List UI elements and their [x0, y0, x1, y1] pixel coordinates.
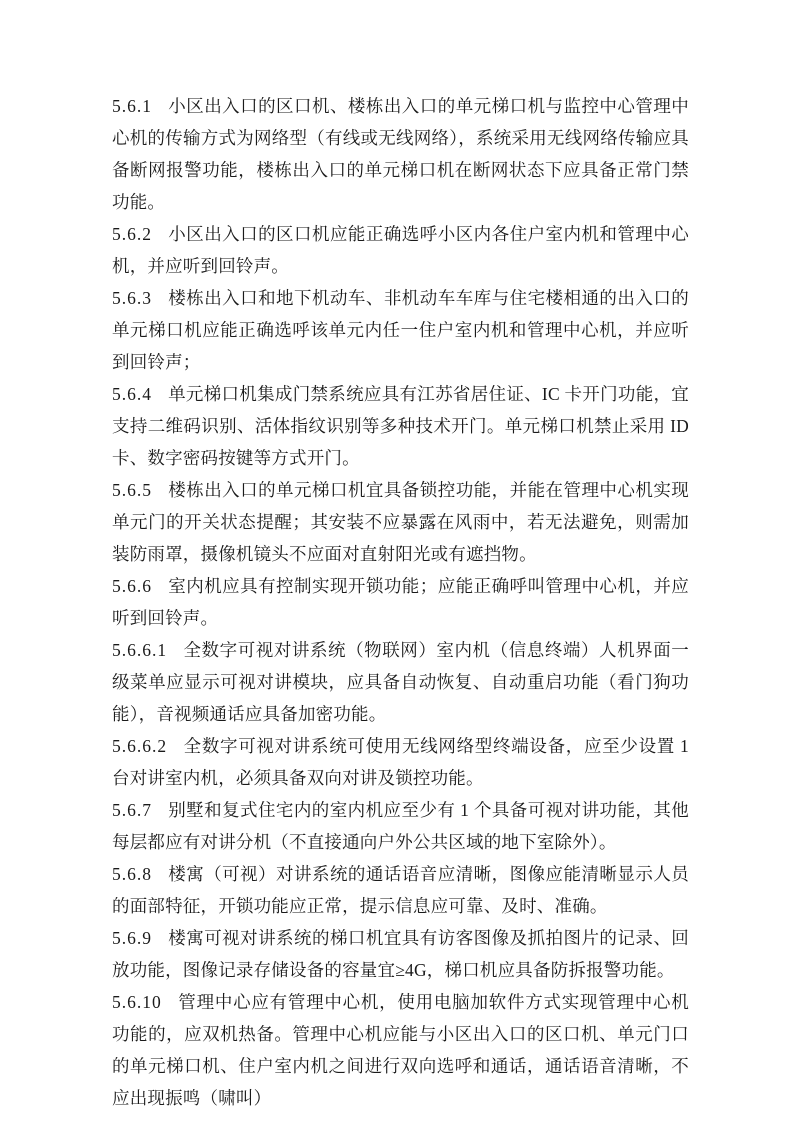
- section-text: 室内机应具有控制实现开锁功能；应能正确呼叫管理中心机，并应听到回铃声。: [112, 576, 689, 628]
- section-paragraph: 5.6.6室内机应具有控制实现开锁功能；应能正确呼叫管理中心机，并应听到回铃声。: [112, 570, 689, 634]
- section-number: 5.6.8: [112, 858, 168, 890]
- section-number: 5.6.6.1: [112, 634, 183, 666]
- section-number: 5.6.5: [112, 474, 168, 506]
- section-paragraph: 5.6.10管理中心应有管理中心机，使用电脑加软件方式实现管理中心机功能的，应双…: [112, 986, 689, 1114]
- section-paragraph: 5.6.5楼栋出入口的单元梯口机宜具备锁控功能，并能在管理中心机实现单元门的开关…: [112, 474, 689, 570]
- section-number: 5.6.10: [112, 986, 178, 1018]
- section-text: 单元梯口机集成门禁系统应具有江苏省居住证、IC 卡开门功能，宜支持二维码识别、活…: [112, 384, 689, 468]
- section-paragraph: 5.6.9楼寓可视对讲系统的梯口机宜具有访客图像及抓拍图片的记录、回放功能，图像…: [112, 922, 689, 986]
- section-paragraph: 5.6.7别墅和复式住宅内的室内机应至少有 1 个具备可视对讲功能，其他每层都应…: [112, 794, 689, 858]
- section-text: 全数字可视对讲系统（物联网）室内机（信息终端）人机界面一级菜单应显示可视对讲模块…: [112, 640, 689, 724]
- section-paragraph: 5.6.6.1全数字可视对讲系统（物联网）室内机（信息终端）人机界面一级菜单应显…: [112, 634, 689, 730]
- section-paragraph: 5.6.3楼栋出入口和地下机动车、非机动车车库与住宅楼相通的出入口的单元梯口机应…: [112, 282, 689, 378]
- document-page: 5.6.1小区出入口的区口机、楼栋出入口的单元梯口机与监控中心管理中心机的传输方…: [0, 0, 800, 1131]
- section-text: 楼寓可视对讲系统的梯口机宜具有访客图像及抓拍图片的记录、回放功能，图像记录存储设…: [112, 928, 689, 980]
- section-text: 楼栋出入口和地下机动车、非机动车车库与住宅楼相通的出入口的单元梯口机应能正确选呼…: [112, 288, 689, 372]
- section-number: 5.6.7: [112, 794, 168, 826]
- section-paragraph: 5.6.1小区出入口的区口机、楼栋出入口的单元梯口机与监控中心管理中心机的传输方…: [112, 90, 689, 218]
- section-text: 楼栋出入口的单元梯口机宜具备锁控功能，并能在管理中心机实现单元门的开关状态提醒；…: [112, 480, 689, 564]
- document-text-block: 5.6.1小区出入口的区口机、楼栋出入口的单元梯口机与监控中心管理中心机的传输方…: [112, 90, 689, 1114]
- section-paragraph: 5.6.6.2全数字可视对讲系统可使用无线网络型终端设备，应至少设置 1 台对讲…: [112, 730, 689, 794]
- section-text: 管理中心应有管理中心机，使用电脑加软件方式实现管理中心机功能的，应双机热备。管理…: [112, 992, 689, 1108]
- section-number: 5.6.1: [112, 90, 168, 122]
- section-number: 5.6.4: [112, 378, 168, 410]
- section-text: 小区出入口的区口机、楼栋出入口的单元梯口机与监控中心管理中心机的传输方式为网络型…: [112, 96, 689, 212]
- section-number: 5.6.9: [112, 922, 168, 954]
- section-paragraph: 5.6.2小区出入口的区口机应能正确选呼小区内各住户室内机和管理中心机，并应听到…: [112, 218, 689, 282]
- section-paragraph: 5.6.8楼寓（可视）对讲系统的通话语音应清晰，图像应能清晰显示人员的面部特征，…: [112, 858, 689, 922]
- section-text: 全数字可视对讲系统可使用无线网络型终端设备，应至少设置 1 台对讲室内机，必须具…: [112, 736, 689, 788]
- section-text: 别墅和复式住宅内的室内机应至少有 1 个具备可视对讲功能，其他每层都应有对讲分机…: [112, 800, 689, 852]
- section-number: 5.6.3: [112, 282, 168, 314]
- section-number: 5.6.6: [112, 570, 168, 602]
- section-text: 小区出入口的区口机应能正确选呼小区内各住户室内机和管理中心机，并应听到回铃声。: [112, 224, 689, 276]
- section-number: 5.6.6.2: [112, 730, 183, 762]
- section-number: 5.6.2: [112, 218, 168, 250]
- section-text: 楼寓（可视）对讲系统的通话语音应清晰，图像应能清晰显示人员的面部特征，开锁功能应…: [112, 864, 689, 916]
- section-paragraph: 5.6.4单元梯口机集成门禁系统应具有江苏省居住证、IC 卡开门功能，宜支持二维…: [112, 378, 689, 474]
